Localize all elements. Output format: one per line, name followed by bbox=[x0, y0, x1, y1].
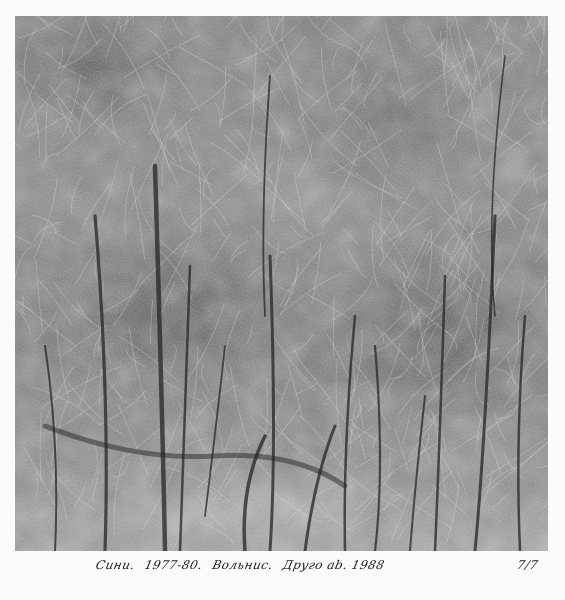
tree-thicket-illustration bbox=[15, 16, 548, 551]
caption-place: Вольнис. bbox=[211, 558, 274, 572]
caption-title: Сини. bbox=[95, 558, 137, 572]
photograph bbox=[15, 16, 548, 551]
edition-number: 7/7 bbox=[516, 558, 540, 572]
handwritten-caption: Сини. 1977-80. Вольнис. Друго ab. 1988 7… bbox=[93, 553, 548, 577]
caption-signature: Друго ab. 1988 bbox=[281, 558, 385, 572]
caption-years: 1977-80. bbox=[143, 558, 204, 572]
